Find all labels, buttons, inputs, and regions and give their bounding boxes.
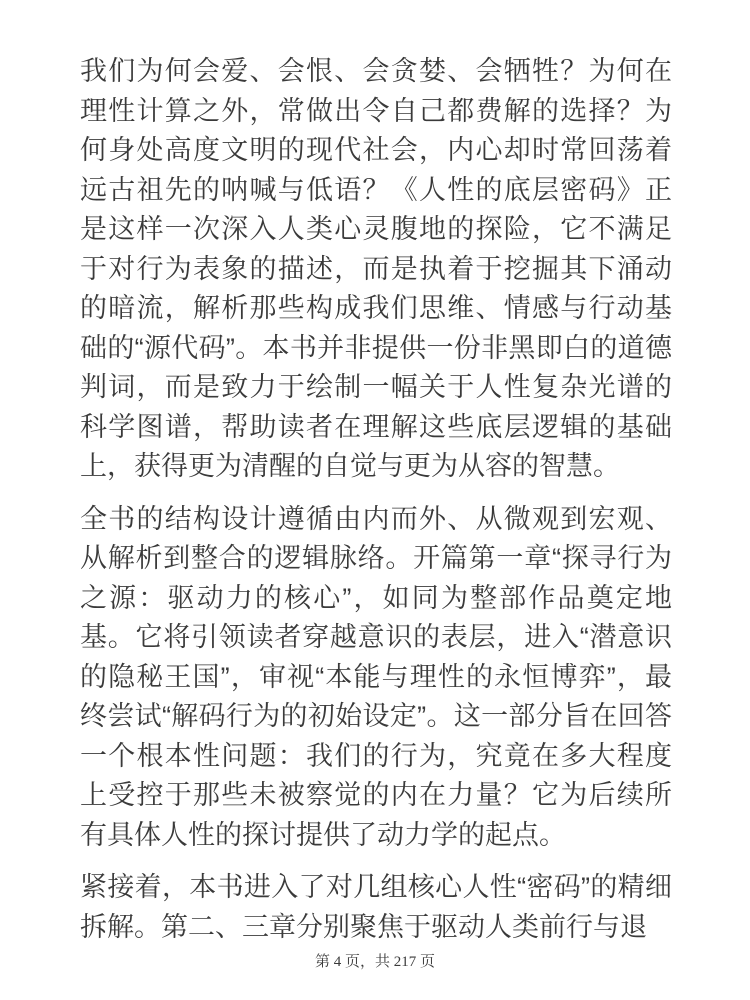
body-paragraph-1: 我们为何会爱、会恨、会贪婪、会牺牲？为何在理性计算之外，常做出令自己都费解的选择…: [80, 52, 672, 487]
page-content: 我们为何会爱、会恨、会贪婪、会牺牲？为何在理性计算之外，常做出令自己都费解的选择…: [80, 52, 672, 952]
body-paragraph-3: 紧接着，本书进入了对几组核心人性“密码”的精细拆解。第二、三章分别聚焦于驱动人类…: [80, 868, 672, 947]
body-paragraph-2: 全书的结构设计遵循由内而外、从微观到宏观、从解析到整合的逻辑脉络。开篇第一章“探…: [80, 500, 672, 856]
document-page: 我们为何会爱、会恨、会贪婪、会牺牲？为何在理性计算之外，常做出令自己都费解的选择…: [0, 0, 750, 1000]
page-number-footer: 第 4 页，共 217 页: [0, 953, 750, 971]
